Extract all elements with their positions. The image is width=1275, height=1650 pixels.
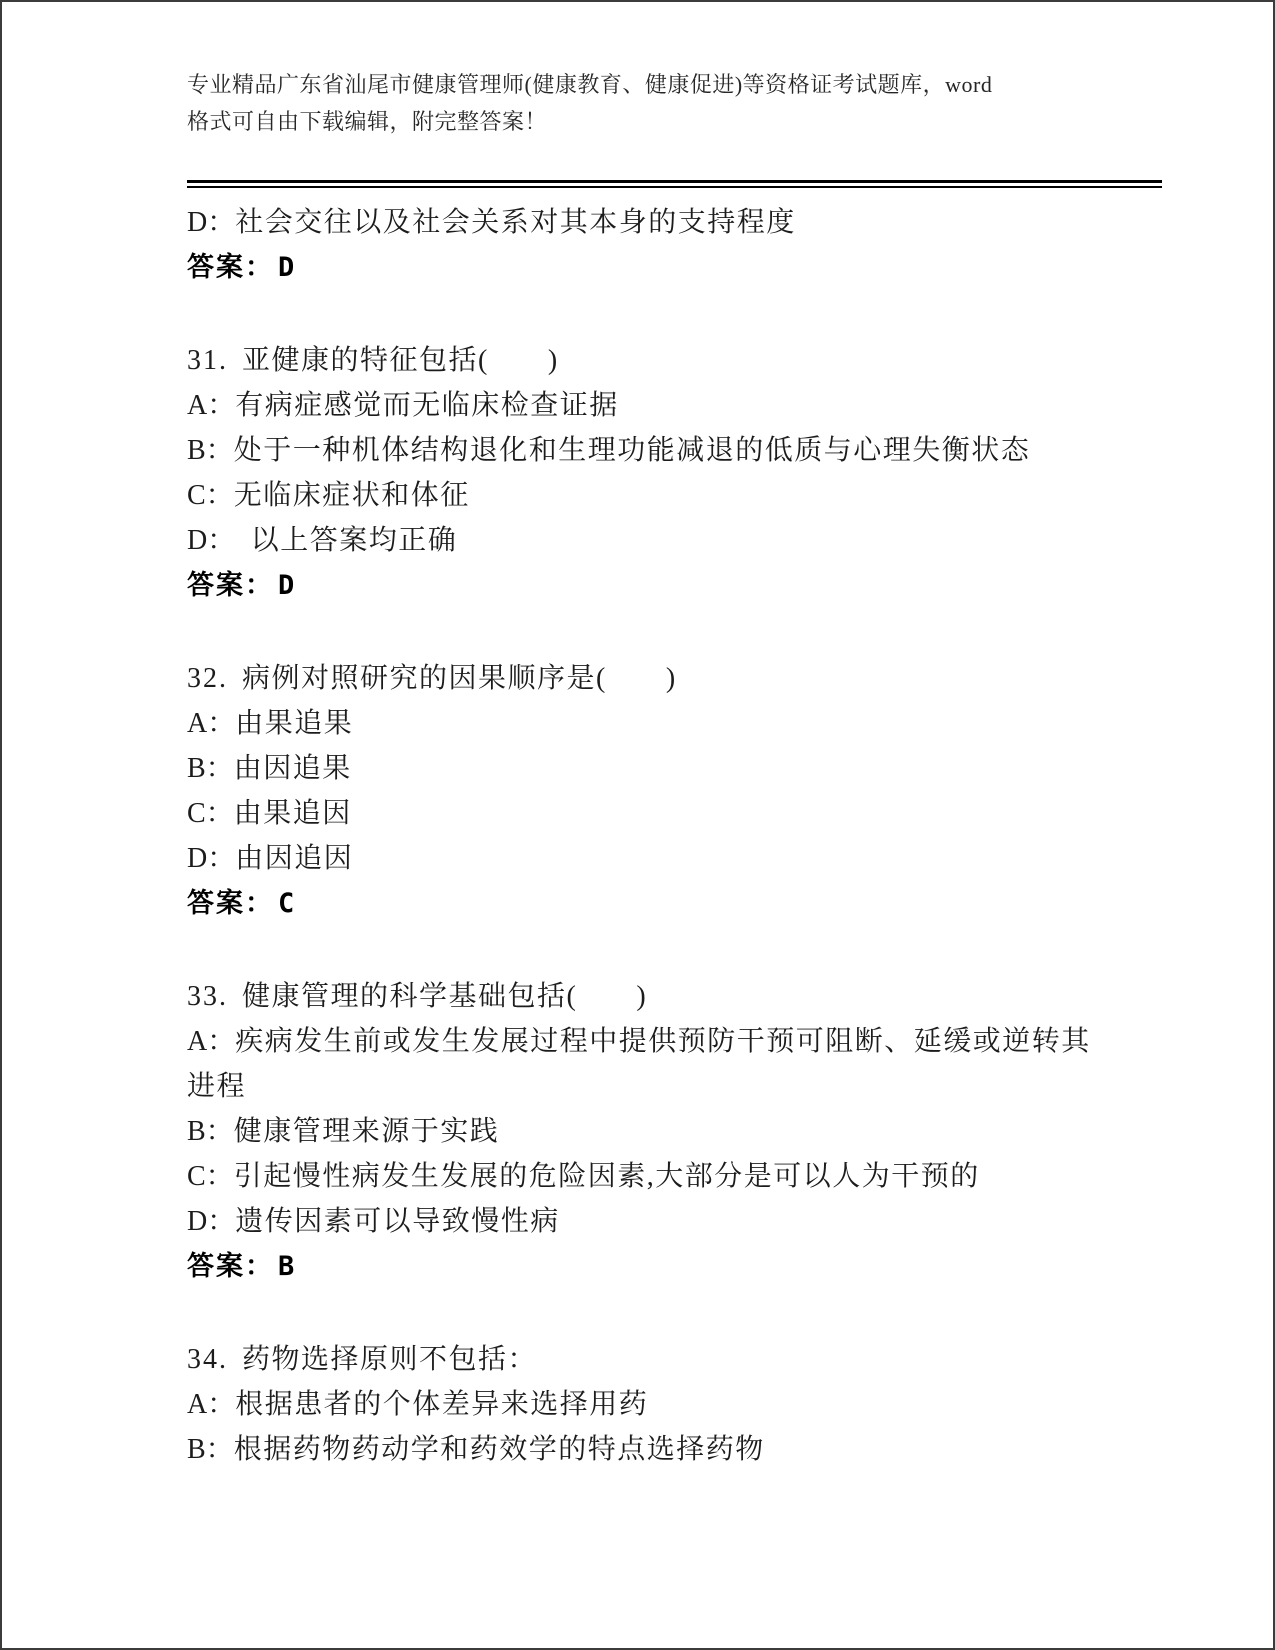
option-text: 根据患者的个体差异来选择用药 bbox=[235, 1389, 648, 1420]
option-line-c: C：无临床症状和体征 bbox=[187, 473, 1177, 518]
option-label: A： bbox=[187, 708, 235, 739]
question-stem: 亚健康的特征包括( ) bbox=[242, 345, 559, 376]
question-stem: 病例对照研究的因果顺序是( ) bbox=[242, 663, 677, 694]
answer-value: D bbox=[278, 570, 296, 601]
answer-prefix: 答案： bbox=[187, 888, 274, 918]
question-31: 31.亚健康的特征包括( ) A：有病症感觉而无临床检查证据 B：处于一种机体结… bbox=[187, 338, 1177, 608]
option-label: B： bbox=[187, 753, 234, 784]
option-text: 处于一种机体结构退化和生理功能减退的低质与心理失衡状态 bbox=[234, 435, 1031, 466]
question-number: 32. bbox=[187, 663, 228, 694]
question-number: 31. bbox=[187, 345, 228, 376]
option-label: C： bbox=[187, 798, 234, 829]
answer-prefix: 答案： bbox=[187, 252, 274, 282]
page-header-note: 专业精品广东省汕尾市健康管理师(健康教育、健康促进)等资格证考试题库，word … bbox=[187, 66, 1162, 140]
option-line-a: A：由果追果 bbox=[187, 701, 1177, 746]
option-line-c: C：引起慢性病发生发展的危险因素,大部分是可以人为干预的 bbox=[187, 1154, 1177, 1199]
question-stem-line: 32.病例对照研究的因果顺序是( ) bbox=[187, 656, 1177, 701]
option-line-c: C：由果追因 bbox=[187, 791, 1177, 836]
option-text: 引起慢性病发生发展的危险因素,大部分是可以人为干预的 bbox=[234, 1161, 980, 1192]
option-label: A： bbox=[187, 1026, 235, 1057]
option-text: 健康管理来源于实践 bbox=[234, 1116, 500, 1147]
question-stem-line: 34.药物选择原则不包括： bbox=[187, 1337, 1177, 1382]
answer-line: 答案：D bbox=[187, 245, 1177, 290]
option-line-b: B：根据药物药动学和药效学的特点选择药物 bbox=[187, 1427, 1177, 1472]
answer-value: B bbox=[278, 1251, 296, 1282]
option-line-b: B：处于一种机体结构退化和生理功能减退的低质与心理失衡状态 bbox=[187, 428, 1177, 473]
question-number: 34. bbox=[187, 1344, 228, 1375]
option-text: 由果追因 bbox=[234, 798, 352, 829]
answer-value: D bbox=[278, 252, 296, 283]
option-line-a: A：根据患者的个体差异来选择用药 bbox=[187, 1382, 1177, 1427]
header-divider bbox=[187, 180, 1162, 188]
answer-prefix: 答案： bbox=[187, 570, 274, 600]
option-text: 疾病发生前或发生发展过程中提供预防干预可阻断、延缓或逆转其 进程 bbox=[187, 1026, 1091, 1102]
question-33: 33.健康管理的科学基础包括( ) A：疾病发生前或发生发展过程中提供预防干预可… bbox=[187, 974, 1177, 1289]
answer-line: 答案：C bbox=[187, 881, 1177, 926]
option-line-d: D：由因追因 bbox=[187, 836, 1177, 881]
question-stem: 药物选择原则不包括： bbox=[242, 1344, 537, 1375]
option-label: C： bbox=[187, 1161, 234, 1192]
document-page: 专业精品广东省汕尾市健康管理师(健康教育、健康促进)等资格证考试题库，word … bbox=[0, 0, 1275, 1650]
option-label: B： bbox=[187, 1116, 234, 1147]
option-text: 以上答案均正确 bbox=[221, 525, 457, 556]
option-text: 由因追因 bbox=[235, 843, 353, 874]
answer-value: C bbox=[278, 888, 296, 919]
option-line-a: A：有病症感觉而无临床检查证据 bbox=[187, 383, 1177, 428]
page-content: 专业精品广东省汕尾市健康管理师(健康教育、健康促进)等资格证考试题库，word … bbox=[2, 2, 1177, 1472]
answer-line: 答案：D bbox=[187, 563, 1177, 608]
question-stem-line: 33.健康管理的科学基础包括( ) bbox=[187, 974, 1177, 1019]
option-line-d: D：遗传因素可以导致慢性病 bbox=[187, 1199, 1177, 1244]
option-label: D： bbox=[187, 525, 221, 556]
option-text: 无临床症状和体征 bbox=[234, 480, 470, 511]
option-text: 由因追果 bbox=[234, 753, 352, 784]
answer-line: 答案：B bbox=[187, 1244, 1177, 1289]
option-line-b: B：由因追果 bbox=[187, 746, 1177, 791]
option-label: D： bbox=[187, 843, 235, 874]
option-label: C： bbox=[187, 480, 234, 511]
option-line-d: D： 以上答案均正确 bbox=[187, 518, 1177, 563]
option-text: 社会交往以及社会关系对其本身的支持程度 bbox=[235, 207, 796, 238]
answer-prefix: 答案： bbox=[187, 1251, 274, 1281]
option-label: D： bbox=[187, 1206, 235, 1237]
option-label: B： bbox=[187, 1434, 234, 1465]
option-label: A： bbox=[187, 1389, 235, 1420]
option-text: 由果追果 bbox=[235, 708, 353, 739]
option-text: 有病症感觉而无临床检查证据 bbox=[235, 390, 619, 421]
question-32: 32.病例对照研究的因果顺序是( ) A：由果追果 B：由因追果 C：由果追因 … bbox=[187, 656, 1177, 926]
question-number: 33. bbox=[187, 981, 228, 1012]
option-text: 遗传因素可以导致慢性病 bbox=[235, 1206, 560, 1237]
question-stem: 健康管理的科学基础包括( ) bbox=[242, 981, 647, 1012]
question-stem-line: 31.亚健康的特征包括( ) bbox=[187, 338, 1177, 383]
option-line-a: A：疾病发生前或发生发展过程中提供预防干预可阻断、延缓或逆转其 进程 bbox=[187, 1019, 1177, 1109]
option-line-b: B：健康管理来源于实践 bbox=[187, 1109, 1177, 1154]
question-34: 34.药物选择原则不包括： A：根据患者的个体差异来选择用药 B：根据药物药动学… bbox=[187, 1337, 1177, 1472]
option-label: D： bbox=[187, 207, 235, 238]
carryover-question-tail: D：社会交往以及社会关系对其本身的支持程度 答案：D bbox=[187, 200, 1177, 290]
option-line-d: D：社会交往以及社会关系对其本身的支持程度 bbox=[187, 200, 1177, 245]
option-label: B： bbox=[187, 435, 234, 466]
option-text: 根据药物药动学和药效学的特点选择药物 bbox=[234, 1434, 765, 1465]
option-label: A： bbox=[187, 390, 235, 421]
